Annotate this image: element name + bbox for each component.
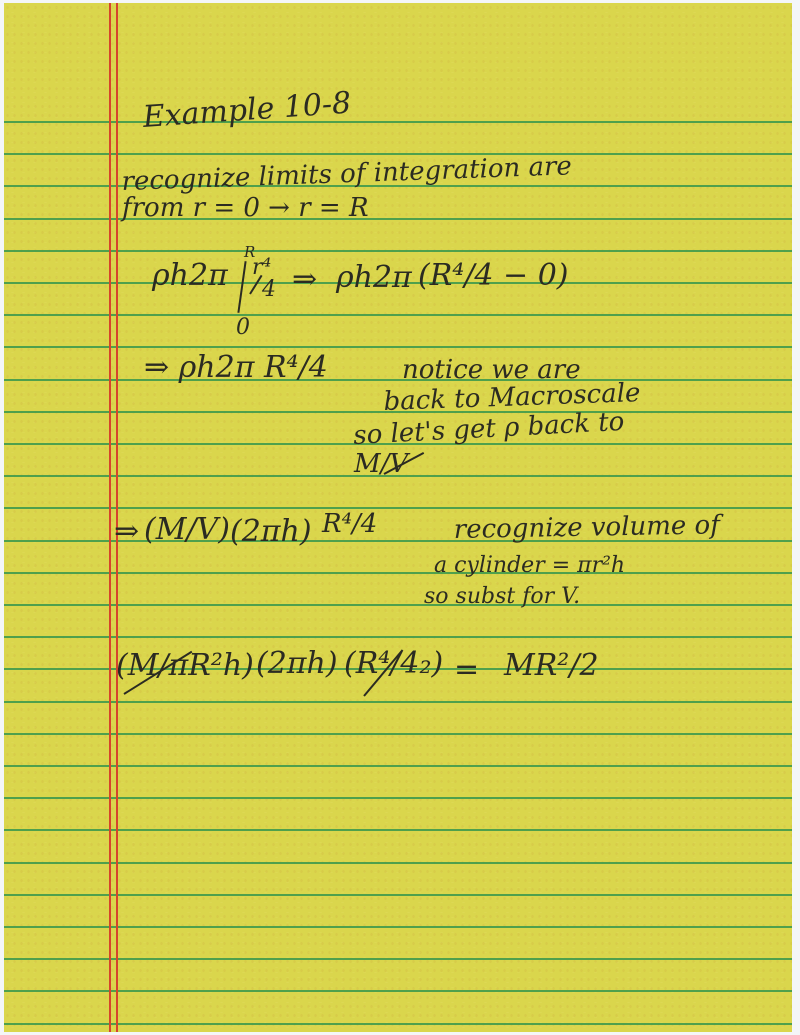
step4-result: MR²/2 bbox=[504, 651, 599, 681]
ruled-line bbox=[4, 701, 792, 703]
integral-prefix: ρh2π bbox=[152, 261, 228, 291]
ruled-line bbox=[4, 894, 792, 896]
note-title: Example 10-8 bbox=[142, 89, 352, 133]
integral-result-body: (R⁴/4 − 0) bbox=[418, 261, 569, 291]
implies-arrow: ⇒ bbox=[292, 265, 317, 295]
ruled-line bbox=[4, 346, 792, 348]
step4-equals: = bbox=[454, 655, 479, 685]
step3-2pi-h: (2πh) bbox=[230, 517, 312, 547]
step4-term-2: (2πh) bbox=[256, 649, 338, 679]
ruled-line bbox=[4, 314, 792, 316]
ruled-line bbox=[4, 121, 792, 123]
ruled-line bbox=[4, 604, 792, 606]
step3-arrow: ⇒ bbox=[114, 517, 139, 547]
ruled-line bbox=[4, 636, 792, 638]
ruled-line bbox=[4, 1023, 792, 1025]
ruled-line bbox=[4, 572, 792, 574]
ruled-line bbox=[4, 733, 792, 735]
ruled-line bbox=[4, 250, 792, 252]
step2-expression: ⇒ ρh2π R⁴/4 bbox=[144, 353, 328, 383]
step4-term-3: (R⁴/4₂) bbox=[344, 649, 443, 679]
integral-lower-limit: 0 bbox=[236, 317, 250, 339]
ruled-line bbox=[4, 926, 792, 928]
intro-line-1: recognize limits of integration are bbox=[121, 153, 572, 195]
integral-evaluation-bar bbox=[237, 261, 246, 313]
ruled-line bbox=[4, 507, 792, 509]
step3-r4-over-4: R⁴/4 bbox=[322, 511, 377, 537]
ruled-line bbox=[4, 958, 792, 960]
ruled-line bbox=[4, 379, 792, 381]
ruled-line bbox=[4, 765, 792, 767]
integral-result-prefix: ρh2π bbox=[336, 263, 412, 293]
step3-comment-2: a cylinder = πr²h bbox=[434, 555, 625, 577]
step3-m-over-v: (M/V) bbox=[144, 515, 230, 545]
step2-comment-1: notice we are bbox=[402, 357, 581, 383]
ruled-line bbox=[4, 862, 792, 864]
step3-comment-3: so subst for V. bbox=[424, 586, 580, 608]
ruled-line bbox=[4, 797, 792, 799]
ruled-line bbox=[4, 829, 792, 831]
margin-line-left bbox=[109, 3, 111, 1032]
ruled-line bbox=[4, 990, 792, 992]
legal-pad-page: Example 10-8 recognize limits of integra… bbox=[4, 3, 792, 1032]
intro-line-2: from r = 0 → r = R bbox=[122, 195, 369, 221]
ruled-line bbox=[4, 153, 792, 155]
integrand-denominator: 4 bbox=[262, 279, 276, 301]
step3-comment-1: recognize volume of bbox=[454, 512, 720, 543]
